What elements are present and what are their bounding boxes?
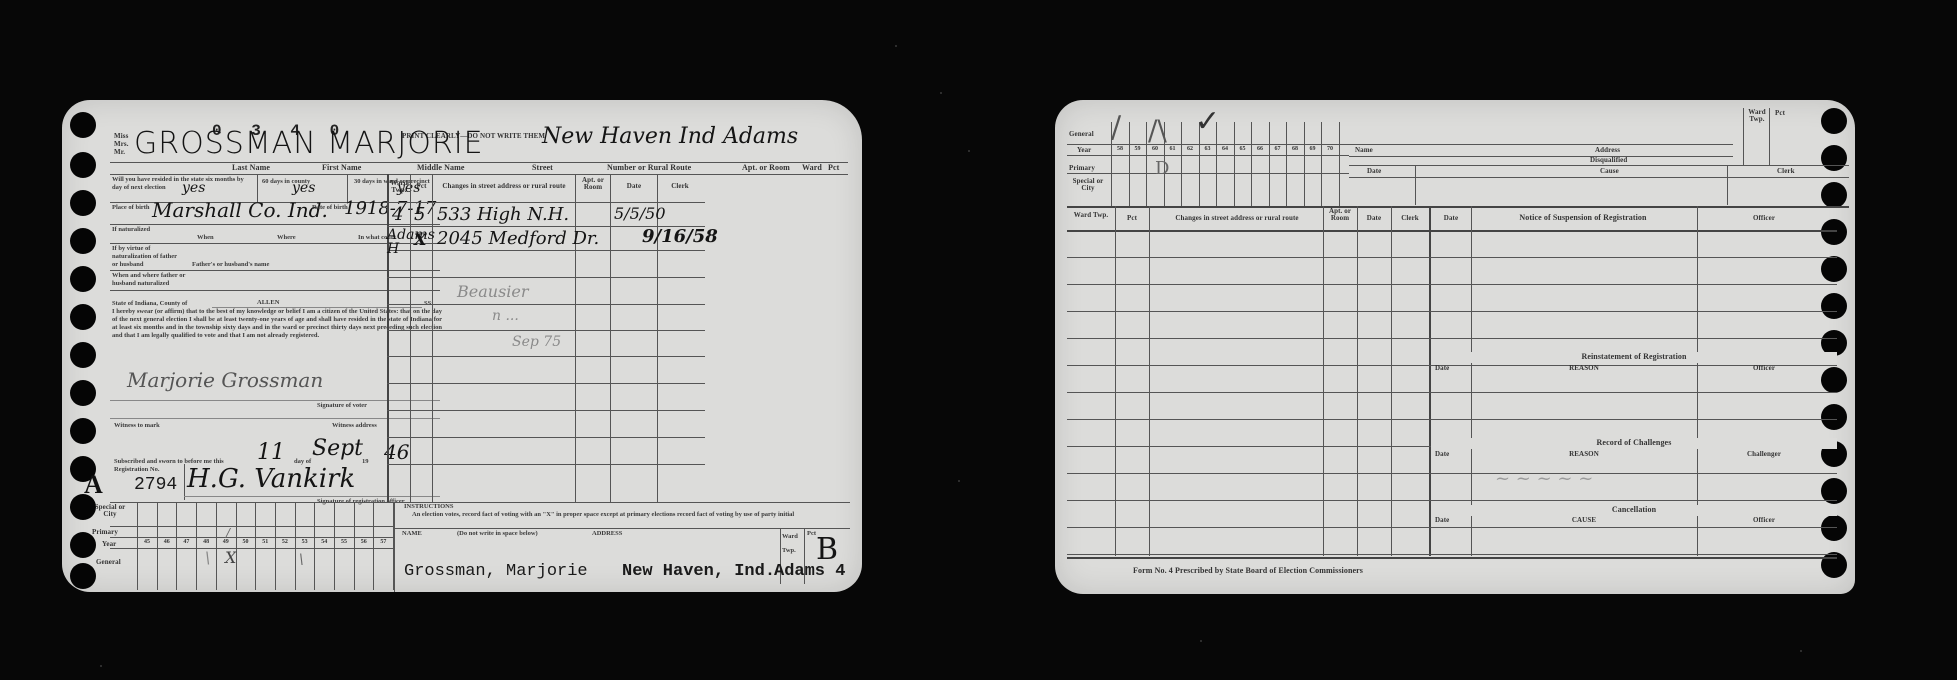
rule	[184, 464, 185, 500]
change-row-1-pct: 5	[414, 204, 425, 225]
rule	[394, 502, 395, 592]
footer-ward-label: Ward Twp.	[782, 530, 802, 558]
back-grid-column-line	[1269, 122, 1270, 206]
back-col-address: Changes in street address or rural route	[1151, 214, 1323, 222]
rule	[1357, 206, 1358, 556]
front-col-date: Date	[611, 182, 657, 190]
grid-year-54: 54	[316, 539, 332, 545]
change-row-5-address: n ...	[492, 308, 519, 324]
grid-column-line	[314, 502, 315, 590]
challenges-faint-writing: ~ ~ ~ ~ ~	[1495, 468, 1593, 489]
punch-hole	[1821, 219, 1847, 245]
rule	[432, 174, 433, 502]
voter-signature-label: Signature of voter	[317, 402, 367, 410]
cancellation-col-officer: Officer	[1699, 516, 1829, 524]
back-grid-column-line	[1339, 122, 1340, 206]
witness-address-label: Witness address	[332, 422, 377, 430]
back-table-row-line	[1067, 392, 1837, 393]
rule	[387, 410, 705, 411]
oath-text: I hereby swear (or affirm) that to the b…	[112, 308, 442, 340]
punch-hole	[70, 228, 96, 254]
grid-year-48: 48	[198, 539, 214, 545]
rule	[1391, 206, 1392, 556]
father-husband-name-label: Father's or husband's name	[192, 261, 269, 269]
rule	[110, 526, 394, 527]
rule	[387, 383, 705, 384]
punch-hole	[70, 190, 96, 216]
voter-signature: Marjorie Grossman	[127, 368, 323, 392]
cancellation-col-cause: CAUSE	[1473, 516, 1695, 524]
grid-column-line	[157, 502, 158, 590]
ward-label: Ward	[802, 163, 822, 172]
punch-hole	[1821, 552, 1847, 578]
back-ward-label: Ward Twp.	[1745, 109, 1769, 123]
rule	[1349, 165, 1849, 166]
punch-hole	[1821, 404, 1847, 430]
back-grid-column-line	[1251, 122, 1252, 206]
oath-state-line: State of Indiana, County of	[112, 300, 187, 308]
footer-pct-label: Pct	[807, 530, 816, 538]
rule	[610, 174, 611, 502]
last-name-label: Last Name	[232, 163, 270, 172]
front-col-address: Changes in street address or rural route	[433, 182, 575, 190]
registration-number-label: Registration No.	[114, 466, 160, 474]
cancellation-col-date: Date	[1435, 516, 1449, 524]
rule	[657, 174, 658, 502]
back-grid-year-58: 58	[1112, 146, 1128, 152]
rule	[1323, 206, 1324, 556]
rule	[110, 224, 440, 225]
back-table-row-line	[1067, 284, 1837, 285]
scan-speck	[1200, 640, 1202, 642]
back-col-date: Date	[1359, 214, 1389, 222]
grid-year-55: 55	[336, 539, 352, 545]
back-address-label: Address	[1595, 146, 1620, 154]
rule	[110, 174, 848, 175]
back-grid-year-69: 69	[1305, 146, 1321, 152]
punch-hole	[70, 304, 96, 330]
section-letter: A	[84, 470, 103, 500]
back-grid-year-70: 70	[1322, 146, 1338, 152]
rule	[110, 290, 440, 291]
footer-no-write: (Do not write in space below)	[457, 530, 538, 538]
punch-hole	[70, 380, 96, 406]
back-grid-label-special: Special or City	[1067, 178, 1109, 192]
scan-speck	[100, 665, 102, 667]
rule	[387, 277, 705, 278]
rule	[1349, 156, 1733, 157]
back-grid-year-63: 63	[1200, 146, 1216, 152]
registration-card-front: 0 3 4 0 PRINT CLEARLY—DO NOT WRITE THEM …	[62, 100, 862, 592]
reinstatement-col-date: Date	[1435, 364, 1449, 372]
voter-name-handwritten: GROSSMAN MARJORIE	[134, 126, 484, 161]
punch-hole	[1821, 145, 1847, 171]
oath-county: ALLEN	[257, 299, 279, 307]
footer-name-label: NAME	[402, 530, 422, 538]
registration-card-back: General Year Primary Special or City 585…	[1055, 100, 1855, 594]
rule	[1149, 206, 1150, 556]
rule	[110, 548, 394, 549]
punch-hole	[1821, 182, 1847, 208]
rule	[387, 304, 705, 305]
pct-label: Pct	[828, 163, 839, 172]
back-col-apt: Apt. or Room	[1325, 208, 1355, 222]
grid-year-47: 47	[178, 539, 194, 545]
punch-hole	[1821, 256, 1847, 282]
challenges-col-date: Date	[1435, 450, 1449, 458]
back-grid-general-mark-58: /	[1111, 110, 1121, 145]
punch-hole	[70, 152, 96, 178]
naturalized-where-label: Where	[277, 234, 296, 242]
grid-column-line	[275, 502, 276, 590]
rule	[1067, 206, 1849, 208]
subscribed-month: Sept	[312, 436, 363, 461]
instructions-text: An election votes, record fact of voting…	[412, 511, 807, 519]
change-row-1-address: 533 High N.H.	[437, 204, 569, 225]
back-grid-column-line	[1286, 122, 1287, 206]
place-of-birth-label: Place of birth	[112, 204, 152, 212]
back-grid-column-line	[1304, 122, 1305, 206]
punch-hole	[1821, 108, 1847, 134]
rule	[387, 464, 705, 465]
front-col-clerk: Clerk	[658, 182, 702, 190]
change-row-1-date: 5/5/50	[614, 204, 666, 223]
rule	[387, 437, 705, 438]
grid-column-line	[334, 502, 335, 590]
punch-hole	[70, 266, 96, 292]
rule	[394, 528, 850, 529]
title-mrs: Mrs.	[114, 140, 129, 148]
back-grid-year-65: 65	[1235, 146, 1251, 152]
rule	[1727, 165, 1728, 205]
grid-column-line	[236, 502, 237, 590]
title-mr: Mr.	[114, 148, 125, 156]
rule	[1349, 177, 1849, 178]
scan-speck	[895, 45, 897, 47]
typed-name: Grossman, Marjorie	[404, 562, 588, 581]
title-miss: Miss	[114, 132, 128, 140]
back-grid-year-64: 64	[1217, 146, 1233, 152]
back-table-row-line	[1067, 527, 1837, 528]
back-table-row-line	[1067, 419, 1837, 420]
back-grid-general-mark-62: ✓	[1195, 104, 1220, 139]
rule	[110, 270, 440, 271]
virtue-naturalization-label: If by virtue of naturalization of father…	[112, 245, 182, 269]
rule	[110, 537, 394, 538]
reinstatement-title: Reinstatement of Registration	[1431, 352, 1837, 361]
rule	[1429, 206, 1431, 556]
rule	[387, 174, 389, 502]
rule	[1067, 173, 1349, 174]
back-grid-year-66: 66	[1252, 146, 1268, 152]
scan-speck	[968, 150, 970, 152]
grid-label-special: Special or City	[90, 504, 130, 518]
rule	[1067, 557, 1837, 559]
rule	[1769, 108, 1770, 165]
subscribed-day: 11	[257, 440, 285, 465]
grid-year-57: 57	[375, 539, 391, 545]
grid-label-year: Year	[102, 540, 116, 548]
rule	[575, 174, 576, 502]
apt-label: Apt. or Room	[742, 163, 790, 172]
number-label: Number or Rural Route	[607, 163, 691, 172]
front-col-apt: Apt. or Room	[576, 177, 610, 191]
rule	[387, 356, 705, 357]
back-table-row-line	[1067, 311, 1837, 312]
back-table-row-line	[1067, 500, 1837, 501]
challenges-title: Record of Challenges	[1431, 438, 1837, 447]
change-row-1-ward: 4	[392, 204, 403, 225]
back-grid-column-line	[1234, 122, 1235, 206]
change-row-2-ward: Adams H	[387, 228, 411, 256]
rule	[110, 400, 440, 401]
rule	[1697, 206, 1698, 556]
back-clerk-label: Clerk	[1777, 167, 1795, 175]
county-residency-answer: yes	[292, 180, 315, 196]
challenges-col-challenger: Challenger	[1699, 450, 1829, 458]
place-of-birth-value: Marshall Co. Ind.	[152, 198, 328, 222]
street-label: Street	[532, 163, 553, 172]
back-table-row-line	[1067, 338, 1837, 339]
grid-general-mark-48: \	[205, 548, 210, 567]
back-grid-column-line	[1321, 122, 1322, 206]
grid-column-line	[373, 502, 374, 590]
grid-column-line	[354, 502, 355, 590]
rule	[410, 174, 411, 502]
reinstatement-col-officer: Officer	[1699, 364, 1829, 372]
punch-hole	[70, 563, 96, 589]
change-row-2-date: 9/16/58	[642, 226, 718, 247]
punch-hole	[1821, 293, 1847, 319]
grid-label-general: General	[96, 558, 121, 566]
back-grid-primary-mark: D	[1155, 158, 1169, 179]
rule	[1115, 206, 1116, 556]
grid-general-mark-54: \	[299, 552, 304, 568]
rule	[1743, 108, 1744, 165]
back-grid-year-67: 67	[1270, 146, 1286, 152]
change-row-2-address: 2045 Medford Dr.	[437, 228, 599, 249]
footer-address-label: ADDRESS	[592, 530, 622, 538]
challenges-col-reason: REASON	[1473, 450, 1695, 458]
back-pct-label: Pct	[1775, 109, 1785, 117]
rule	[387, 250, 705, 251]
scan-speck	[958, 480, 960, 482]
witness-label: Witness to mark	[114, 422, 160, 430]
back-grid-column-line	[1181, 122, 1182, 206]
rule	[387, 202, 705, 203]
grid-column-line	[216, 502, 217, 590]
rule	[184, 496, 440, 497]
cancellation-title: Cancellation	[1431, 505, 1837, 514]
grid-column-line	[196, 502, 197, 590]
grid-general-mark-50: X	[225, 548, 236, 567]
back-disqualified-label: Disqualified	[1590, 156, 1627, 164]
back-date-label: Date	[1367, 167, 1381, 175]
suspension-col-officer: Officer	[1699, 214, 1829, 222]
scan-speck	[940, 92, 942, 94]
front-col-pct: Pct	[411, 182, 432, 190]
scan-speck	[1800, 650, 1802, 652]
back-col-clerk: Clerk	[1393, 214, 1427, 222]
grid-year-51: 51	[257, 539, 273, 545]
naturalized-when-label: When	[197, 234, 214, 242]
back-grid-general-mark-60: /\	[1148, 114, 1167, 147]
rule	[1067, 230, 1837, 232]
punch-hole	[70, 112, 96, 138]
change-row-4-address: Beausier	[457, 282, 529, 301]
back-grid-year-59: 59	[1130, 146, 1146, 152]
back-table-row-line	[1067, 257, 1837, 258]
grid-column-line	[295, 502, 296, 590]
when-where-naturalized-label: When and where father or husband natural…	[112, 272, 192, 288]
grid-column-line	[176, 502, 177, 590]
subscribed-year-prefix: 19	[362, 458, 369, 466]
officer-signature: H.G. Vankirk	[187, 464, 355, 494]
back-grid-label-primary: Primary	[1069, 164, 1095, 172]
rule	[1067, 155, 1349, 156]
grid-year-56: 56	[356, 539, 372, 545]
back-table-row-line	[1067, 473, 1837, 474]
rule	[1067, 144, 1349, 145]
form-footer: Form No. 4 Prescribed by State Board of …	[1133, 566, 1363, 575]
rule	[1415, 165, 1416, 205]
typed-township: Adams 4	[774, 562, 845, 581]
back-grid-year-62: 62	[1182, 146, 1198, 152]
instructions-title: INSTRUCTIONS	[404, 503, 454, 511]
back-grid-year-68: 68	[1287, 146, 1303, 152]
back-col-ward: Ward Twp.	[1069, 212, 1113, 219]
back-col-pct: Pct	[1117, 214, 1147, 222]
rule	[110, 418, 440, 419]
first-name-label: First Name	[322, 163, 361, 172]
back-table-row-line	[1067, 554, 1837, 555]
rule	[1471, 206, 1472, 556]
state-residency-answer: yes	[182, 180, 205, 196]
change-row-2-pct: X	[414, 230, 426, 249]
grid-primary-mark-50: /	[226, 526, 230, 540]
reinstatement-col-reason: REASON	[1473, 364, 1695, 372]
back-grid-label-year: Year	[1077, 146, 1091, 154]
change-row-6-address: Sep 75	[512, 334, 561, 350]
rule	[110, 502, 850, 503]
punch-hole	[70, 342, 96, 368]
suspension-col-notice: Notice of Suspension of Registration	[1473, 213, 1693, 222]
rule	[387, 330, 705, 331]
registration-number: 2794	[134, 475, 177, 495]
suspension-col-date: Date	[1433, 214, 1469, 222]
rule	[1349, 144, 1733, 145]
grid-column-line	[255, 502, 256, 590]
grid-year-53: 53	[297, 539, 313, 545]
back-grid-label-general: General	[1069, 130, 1094, 138]
middle-name-label: Middle Name	[417, 163, 465, 172]
back-cause-label: Cause	[1600, 167, 1619, 175]
back-grid-column-line	[1146, 122, 1147, 206]
back-name-label: Name	[1355, 146, 1373, 154]
naturalized-label: If naturalized	[112, 226, 172, 234]
grid-column-line	[137, 502, 138, 590]
address-handwritten: New Haven Ind Adams	[542, 124, 798, 149]
punch-hole	[70, 418, 96, 444]
grid-label-primary: Primary	[92, 528, 118, 536]
grid-year-45: 45	[139, 539, 155, 545]
grid-year-50: 50	[238, 539, 254, 545]
back-grid-column-line	[1129, 122, 1130, 206]
front-col-ward: Ward Twp.	[388, 180, 410, 194]
grid-year-46: 46	[159, 539, 175, 545]
rule	[110, 162, 848, 163]
typed-address: New Haven, Ind.	[622, 562, 775, 581]
grid-year-52: 52	[277, 539, 293, 545]
